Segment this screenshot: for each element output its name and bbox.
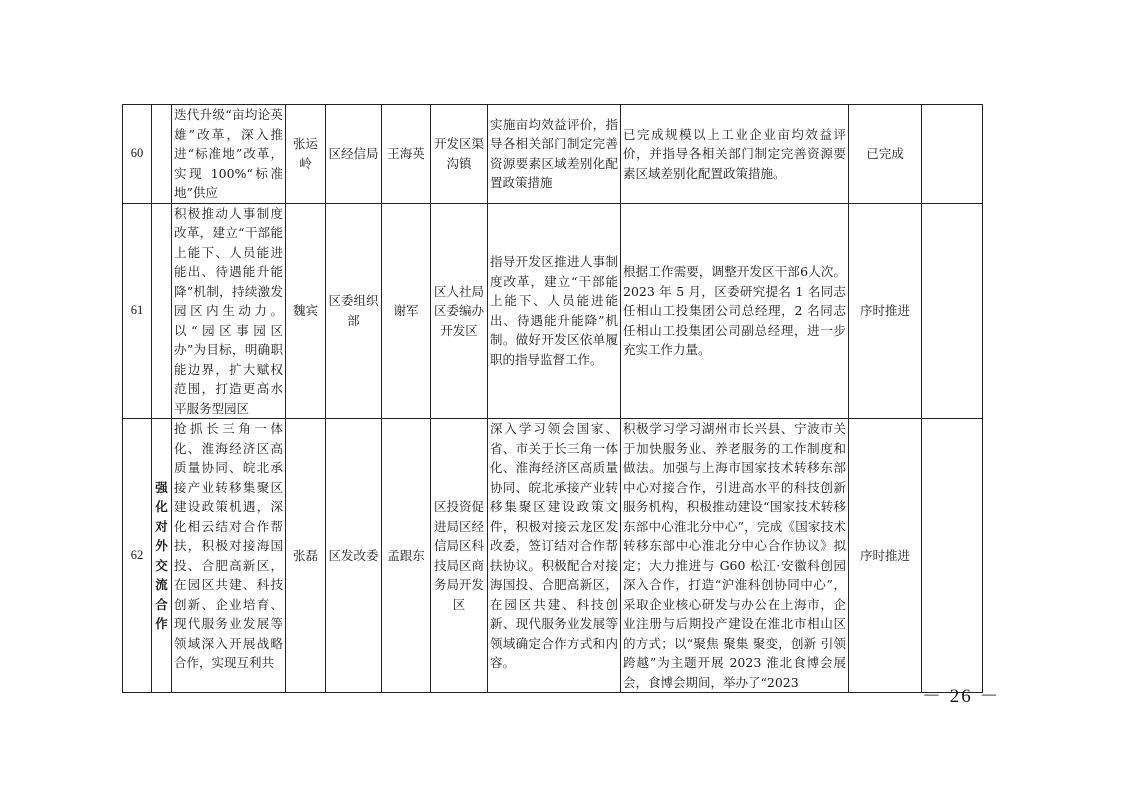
task-cell: 积极推动人事制度改革，建立“干部能上能下、人员能进能出、待遇能升能降”机制，持续… xyxy=(172,203,286,419)
status-cell: 序时推进 xyxy=(849,203,922,419)
table-row: 60 迭代升级“亩均论英雄”改革，深入推进“标准地”改革，实现 100%“标准地… xyxy=(123,105,983,204)
category-cell xyxy=(152,203,172,419)
category-cell xyxy=(152,105,172,204)
cooperating-units-cell: 开发区渠沟镇 xyxy=(431,105,488,204)
progress-cell: 根据工作需要，调整开发区干部6人次。2023 年 5 月，区委研究提名 1 名同… xyxy=(621,203,849,419)
responsible-person-cell: 谢军 xyxy=(382,203,431,419)
document-page: 60 迭代升级“亩均论英雄”改革，深入推进“标准地”改革，实现 100%“标准地… xyxy=(0,0,1122,793)
lead-unit-cell: 区发改委 xyxy=(326,419,382,693)
page-number: － 26 － xyxy=(922,681,1001,708)
category-label: 强化对外交流合作 xyxy=(155,478,169,634)
status-cell: 序时推进 xyxy=(849,419,922,693)
responsible-person-cell: 孟跟东 xyxy=(382,419,431,693)
remarks-cell xyxy=(922,419,983,693)
leader-cell: 张磊 xyxy=(286,419,326,693)
status-cell: 已完成 xyxy=(849,105,922,204)
cooperating-units-cell: 区投资促进局区经信局区科技局区商务局开发区 xyxy=(431,419,488,693)
remarks-cell xyxy=(922,203,983,419)
row-number: 61 xyxy=(123,203,152,419)
responsible-person-cell: 王海英 xyxy=(382,105,431,204)
table-row: 62 强化对外交流合作 抢抓长三角一体化、淮海经济区高质量协同、皖北承接产业转移… xyxy=(123,419,983,693)
table-row: 61 积极推动人事制度改革，建立“干部能上能下、人员能进能出、待遇能升能降”机制… xyxy=(123,203,983,419)
row-number: 62 xyxy=(123,419,152,693)
measures-cell: 指导开发区推进人事制度改革，建立“干部能上能下、人员能进能出、待遇能升能降”机制… xyxy=(488,203,621,419)
row-number: 60 xyxy=(123,105,152,204)
lead-unit-cell: 区经信局 xyxy=(326,105,382,204)
category-cell: 强化对外交流合作 xyxy=(152,419,172,693)
progress-cell: 积极学习学习湖州市长兴县、宁波市关于加快服务业、养老服务的工作制度和做法。加强与… xyxy=(621,419,849,693)
progress-cell: 已完成规模以上工业企业亩均效益评价，并指导各相关部门制定完善资源要素区域差别化配… xyxy=(621,105,849,204)
task-table: 60 迭代升级“亩均论英雄”改革，深入推进“标准地”改革，实现 100%“标准地… xyxy=(122,104,983,693)
measures-cell: 实施亩均效益评价，指导各相关部门制定完善资源要素区域差别化配置政策措施 xyxy=(488,105,621,204)
measures-cell: 深入学习领会国家、省、市关于长三角一体化、淮海经济区高质量协同、皖北承接产业转移… xyxy=(488,419,621,693)
cooperating-units-cell: 区人社局区委编办开发区 xyxy=(431,203,488,419)
task-cell: 抢抓长三角一体化、淮海经济区高质量协同、皖北承接产业转移集聚区建设政策机遇，深化… xyxy=(172,419,286,693)
leader-cell: 魏宾 xyxy=(286,203,326,419)
remarks-cell xyxy=(922,105,983,204)
lead-unit-cell: 区委组织部 xyxy=(326,203,382,419)
task-cell: 迭代升级“亩均论英雄”改革，深入推进“标准地”改革，实现 100%“标准地”供应 xyxy=(172,105,286,204)
leader-cell: 张运岭 xyxy=(286,105,326,204)
